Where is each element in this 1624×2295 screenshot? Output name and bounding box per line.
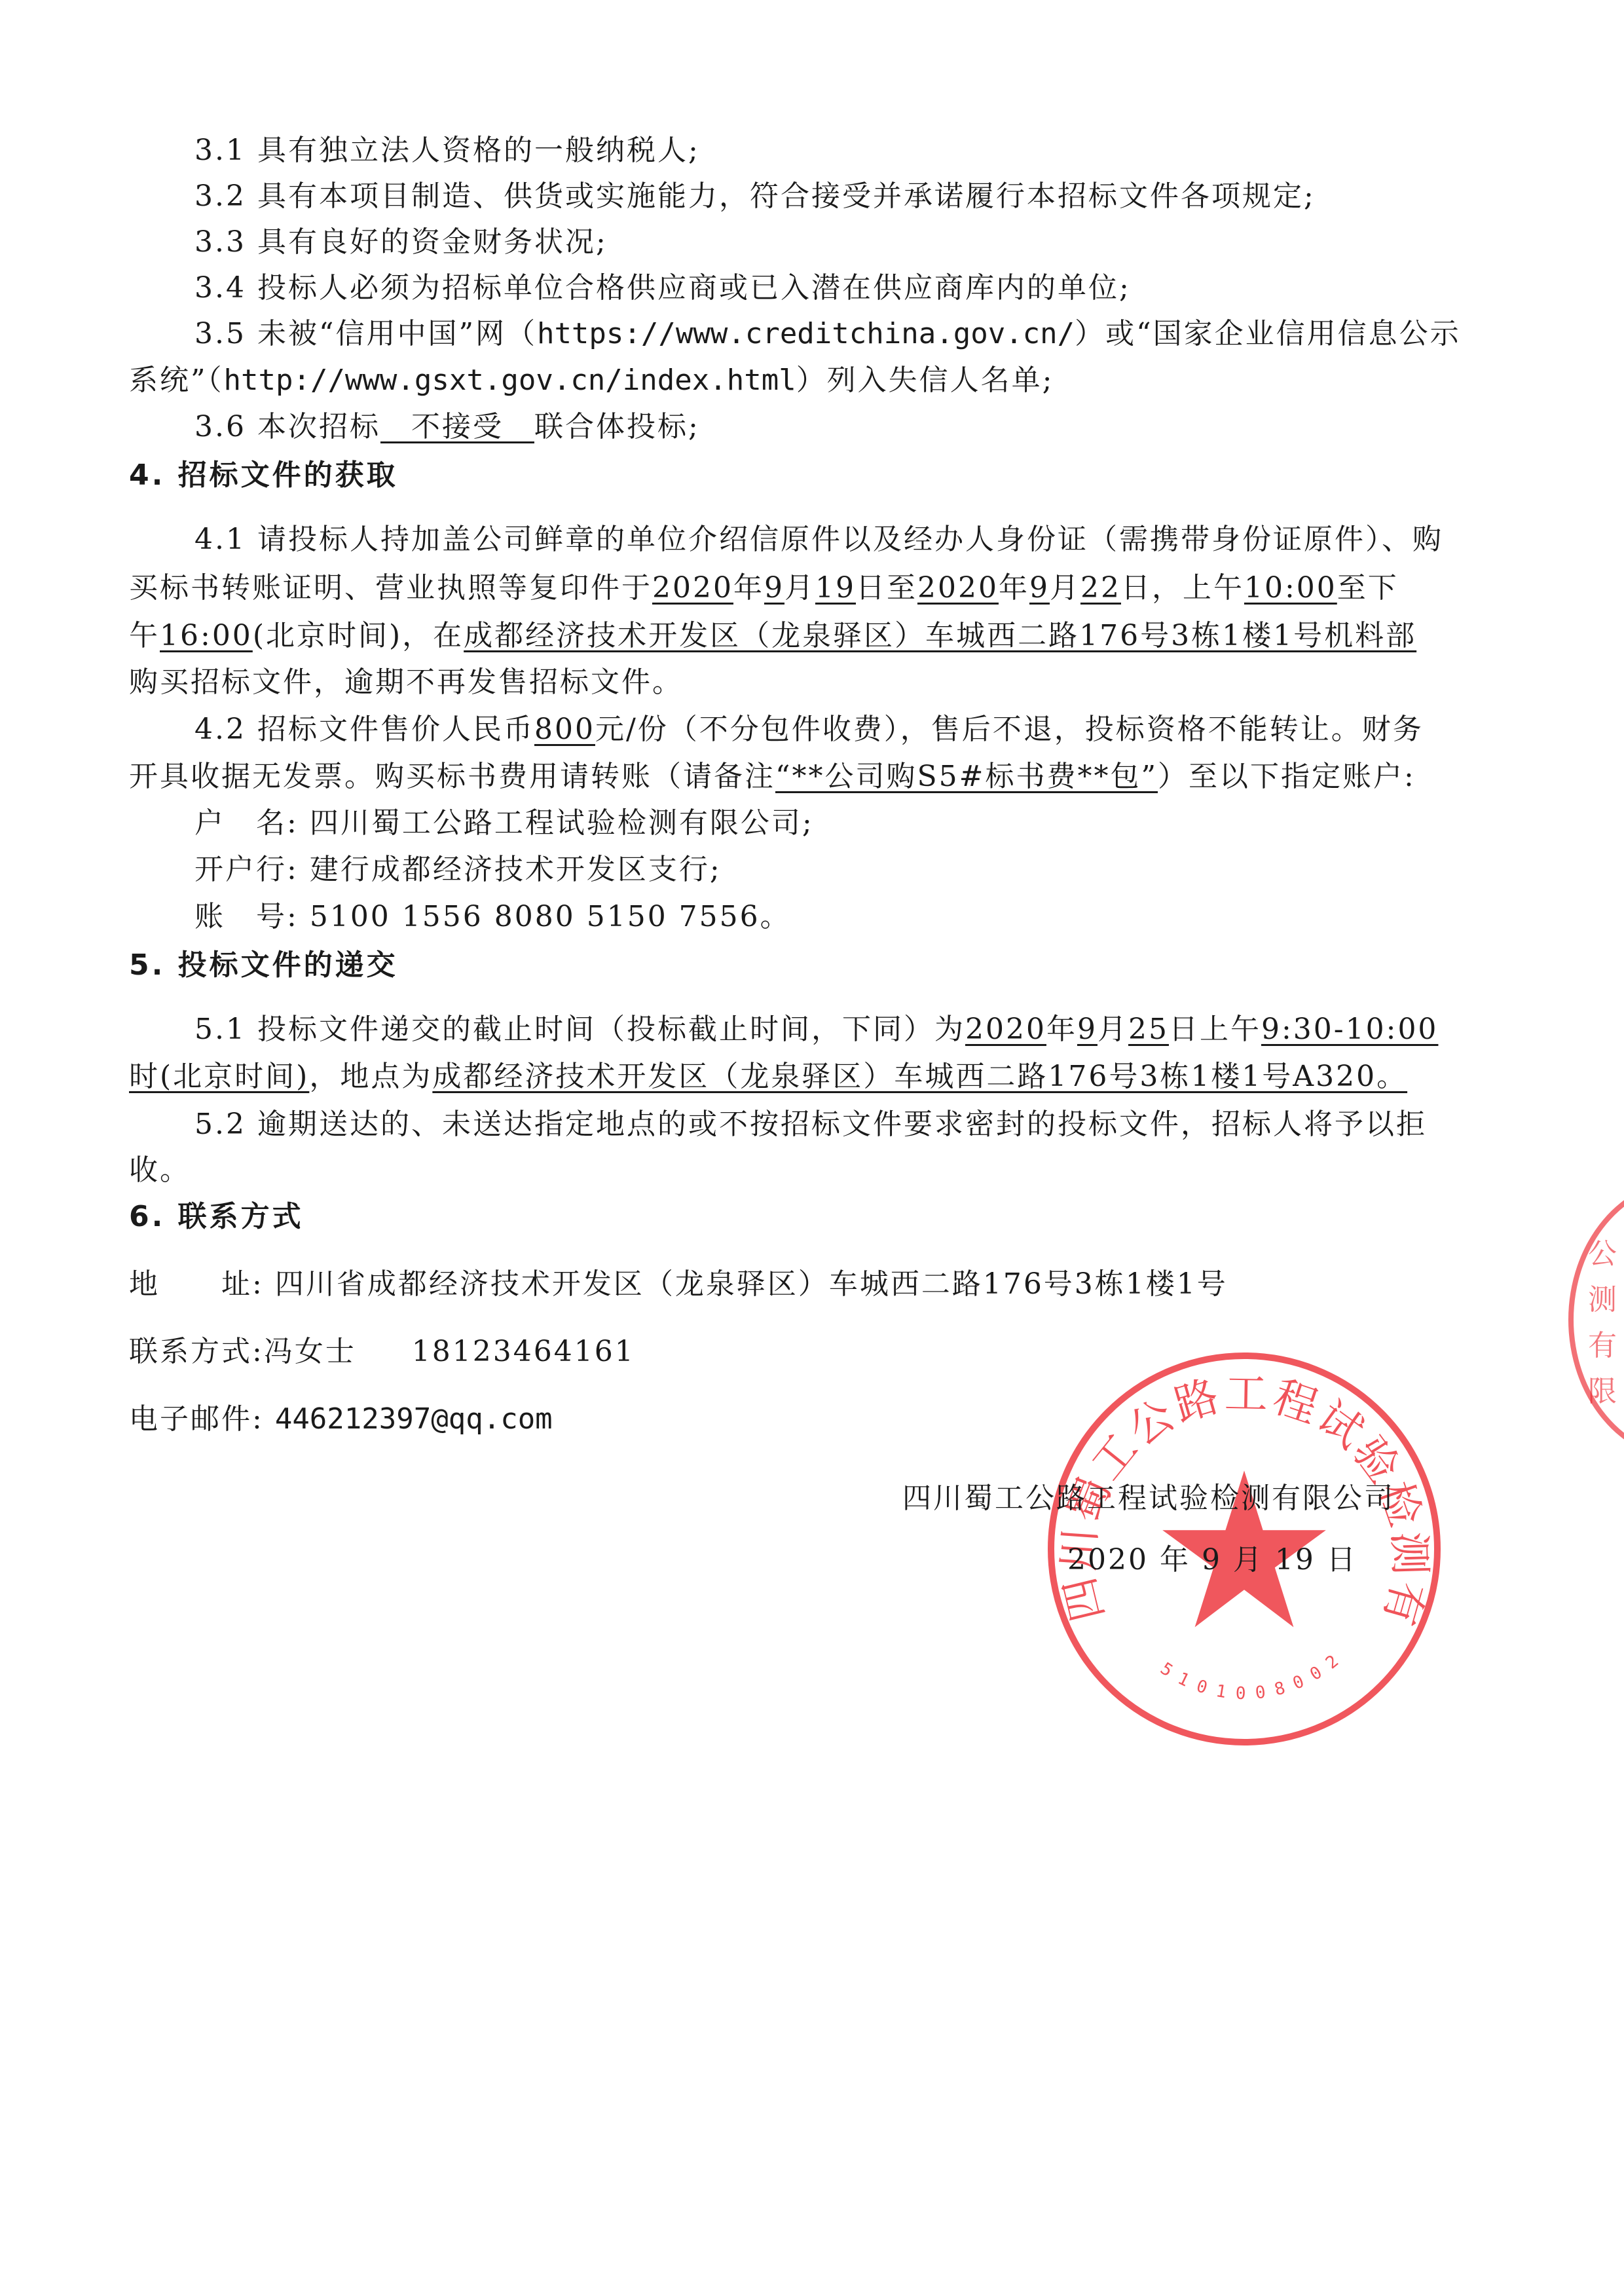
account-name-label: 户 名:: [194, 806, 299, 840]
sale-end-year: 2020: [917, 571, 999, 605]
address: 四川省成都经济技术开发区（龙泉驿区）车城西二路176号3栋1楼1号: [275, 1267, 1228, 1301]
item-3-3: 3.3 具有良好的资金财务状况;: [194, 225, 608, 259]
creditchina-url[interactable]: https://www.creditchina.gov.cn/: [537, 317, 1075, 350]
item-4-1-line-4: 购买招标文件，逾期不再发售招标文件。: [129, 665, 683, 700]
sale-end-time: 16:00: [160, 619, 253, 652]
signature-date: 2020 年 9 月 19 日: [1067, 1543, 1357, 1577]
item-5-2-line-1: 5.2 逾期送达的、未送达指定地点的或不按招标文件要求密封的投标文件，招标人将予…: [194, 1108, 1427, 1142]
transfer-remark: “**公司购S5#标书费**包”: [775, 760, 1158, 793]
text: 月: [784, 571, 815, 605]
text: 4.2 招标文件售价人民币: [194, 713, 534, 746]
sale-location: 成都经济技术开发区（龙泉驿区）车城西二路176号3栋1楼1号机料部: [464, 619, 1416, 652]
account-number-row: 账 号: 5100 1556 8080 5150 7556。: [194, 900, 791, 934]
document-price: 800: [534, 713, 595, 746]
item-3-6: 3.6 本次招标 不接受 联合体投标;: [194, 410, 700, 444]
item-4-1-line-1: 4.1 请投标人持加盖公司鲜章的单位介绍信原件以及经办人身份证（需携带身份证原件…: [194, 523, 1443, 557]
text: 开具收据无发票。购买标书费用请转账（请备注: [129, 760, 775, 793]
deadline-time: 9:30-10:00: [1261, 1013, 1438, 1046]
item-3-5-text-b: ）或“国家企业信用信息公示: [1075, 317, 1461, 350]
account-number: 5100 1556 8080 5150 7556。: [310, 900, 791, 933]
item-5-2-line-2: 收。: [129, 1153, 191, 1187]
bank-row: 开户行: 建行成都经济技术开发区支行;: [194, 853, 722, 887]
text: 元/份（不分包件收费），售后不退，投标资格不能转让。财务: [595, 713, 1424, 746]
item-3-5-continued: 系统”（http://www.gsxt.gov.cn/index.html）列入…: [129, 364, 1054, 398]
deadline-month: 9: [1077, 1013, 1098, 1046]
sale-start-time: 10:00: [1244, 571, 1337, 605]
item-4-2-line-1: 4.2 招标文件售价人民币800元/份（不分包件收费），售后不退，投标资格不能转…: [194, 713, 1424, 747]
item-3-5-text-d: ）列入失信人名单;: [796, 364, 1054, 397]
deadline-year: 2020: [965, 1013, 1046, 1046]
text: 日至: [856, 571, 917, 605]
text: 年: [733, 571, 764, 605]
signature-company: 四川蜀工公路工程试验检测有限公司: [902, 1482, 1395, 1516]
contact-name: 冯女士: [264, 1335, 356, 1368]
submit-location: 成都经济技术开发区（龙泉驿区）车城西二路176号3栋1楼1号A320。: [432, 1060, 1407, 1093]
contact-row: 联系方式:冯女士 18123464161: [129, 1335, 635, 1369]
address-label: 地 址:: [129, 1267, 264, 1301]
seam-seal-char: 测: [1588, 1277, 1624, 1323]
item-4-1-line-2: 买标书转账证明、营业执照等复印件于2020年9月19日至2020年9月22日，上…: [129, 571, 1399, 605]
seam-seal-glyphs: 公 测 有 限: [1588, 1231, 1624, 1415]
item-3-5: 3.5 未被“信用中国”网（https://www.creditchina.go…: [194, 317, 1461, 351]
email-label: 电子邮件:: [129, 1402, 264, 1436]
item-3-2: 3.2 具有本项目制造、供货或实施能力，符合接受并承诺履行本招标文件各项规定;: [194, 179, 1316, 214]
section-4-heading: 4. 招标文件的获取: [129, 458, 398, 493]
sale-start-day: 19: [815, 571, 856, 605]
sale-end-day: 22: [1080, 571, 1121, 605]
deadline-day: 25: [1128, 1013, 1169, 1046]
item-5-1-line-1: 5.1 投标文件递交的截止时间（投标截止时间，下同）为2020年9月25日上午9…: [194, 1013, 1438, 1047]
text: 至下: [1337, 571, 1399, 605]
seam-seal-char: 限: [1588, 1369, 1624, 1415]
account-number-label: 账 号:: [194, 900, 299, 933]
email-row: 电子邮件: 446212397@qq.com: [129, 1402, 553, 1436]
section-5-heading: 5. 投标文件的递交: [129, 948, 398, 982]
sale-start-month: 9: [764, 571, 784, 605]
item-4-1-line-3: 午16:00(北京时间)，在成都经济技术开发区（龙泉驿区）车城西二路176号3栋…: [129, 619, 1416, 653]
sale-start-year: 2020: [652, 571, 733, 605]
contact-label: 联系方式:: [129, 1335, 264, 1368]
item-3-5-text-a: 3.5 未被“信用中国”网（: [194, 317, 537, 350]
item-3-6-prefix: 3.6 本次招标: [194, 410, 380, 443]
text: 午: [129, 619, 160, 652]
email-address[interactable]: 446212397@qq.com: [275, 1402, 553, 1436]
text: 5.1 投标文件递交的截止时间（投标截止时间，下同）为: [194, 1013, 965, 1046]
text: 年: [999, 571, 1029, 605]
address-row: 地 址: 四川省成都经济技术开发区（龙泉驿区）车城西二路176号3栋1楼1号: [129, 1267, 1228, 1301]
text: ）至以下指定账户:: [1158, 760, 1416, 793]
item-3-1: 3.1 具有独立法人资格的一般纳税人;: [194, 134, 700, 168]
consortium-acceptance-value: 不接受: [380, 410, 534, 443]
bank-name: 建行成都经济技术开发区支行;: [310, 853, 722, 886]
item-5-1-line-2: 时(北京时间)，地点为成都经济技术开发区（龙泉驿区）车城西二路176号3栋1楼1…: [129, 1060, 1407, 1094]
item-3-4: 3.4 投标人必须为招标单位合格供应商或已入潜在供应商库内的单位;: [194, 271, 1131, 305]
sale-end-month: 9: [1029, 571, 1050, 605]
text: 月: [1050, 571, 1080, 605]
text: (北京时间)，在: [253, 619, 464, 652]
text: 买标书转账证明、营业执照等复印件于: [129, 571, 652, 605]
section-6-heading: 6. 联系方式: [129, 1200, 304, 1234]
item-3-5-text-c: 系统”（: [129, 364, 224, 397]
gsxt-url[interactable]: http://www.gsxt.gov.cn/index.html: [224, 364, 796, 397]
text: 年: [1046, 1013, 1077, 1046]
item-3-6-suffix: 联合体投标;: [534, 410, 700, 443]
seam-seal-char: 有: [1588, 1323, 1624, 1369]
text: ，地点为: [309, 1060, 432, 1093]
account-name-row: 户 名: 四川蜀工公路工程试验检测有限公司;: [194, 806, 814, 840]
seam-seal-char: 公: [1588, 1231, 1624, 1277]
text: 日，上午: [1121, 571, 1244, 605]
text: 日上午: [1169, 1013, 1261, 1046]
beijing-time-note: 时(北京时间): [129, 1060, 309, 1093]
item-4-2-line-2: 开具收据无发票。购买标书费用请转账（请备注“**公司购S5#标书费**包”）至以…: [129, 760, 1416, 794]
account-name: 四川蜀工公路工程试验检测有限公司;: [310, 806, 814, 840]
text: 月: [1098, 1013, 1128, 1046]
bank-label: 开户行:: [194, 853, 299, 886]
contact-phone[interactable]: 18123464161: [412, 1335, 635, 1368]
